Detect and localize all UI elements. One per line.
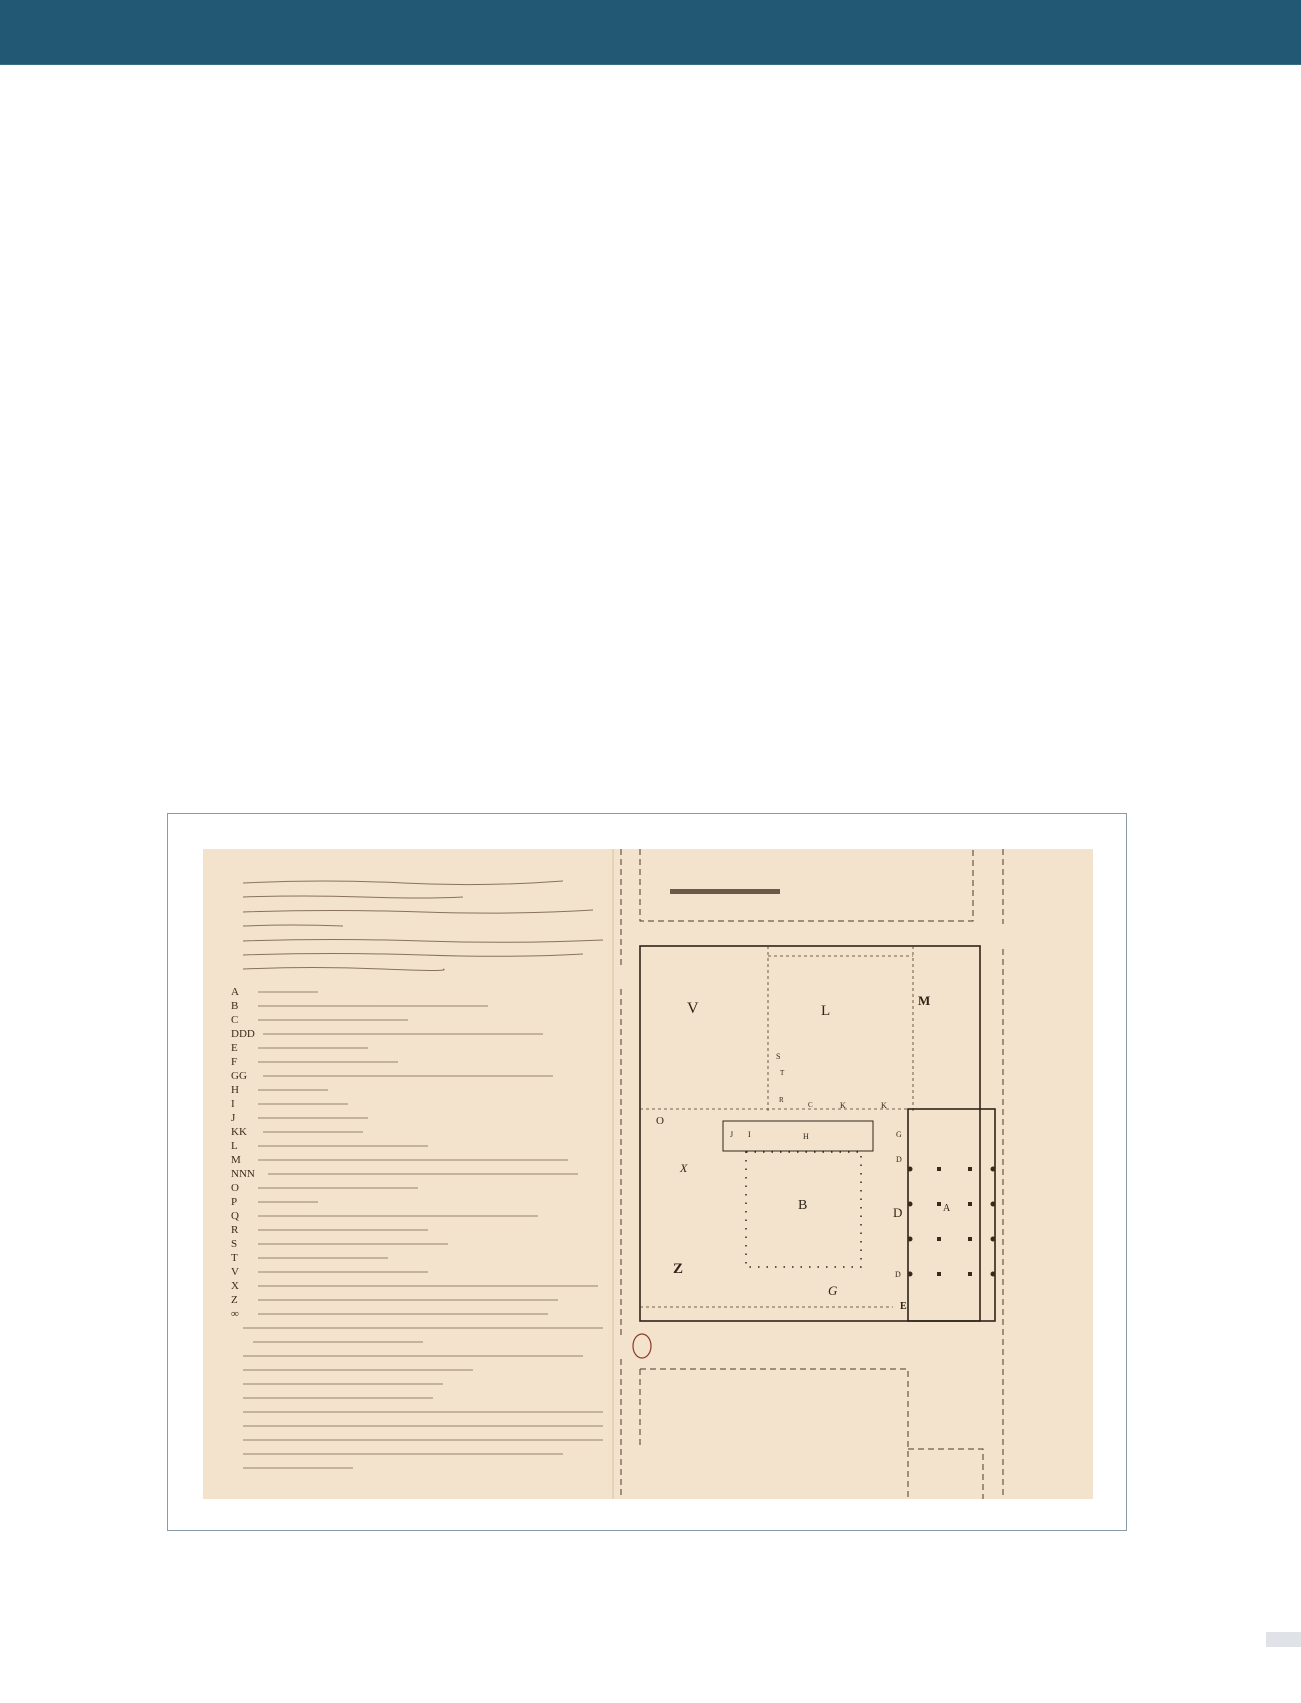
svg-text:X: X: [679, 1161, 688, 1175]
svg-text:X: X: [231, 1280, 239, 1292]
svg-text:V: V: [231, 1266, 239, 1278]
handwritten-key-lines: [243, 992, 603, 1468]
svg-text:A: A: [943, 1203, 951, 1214]
manuscript-drawing: A B C DDD E F GG H I J KK L M NNN O P Q …: [203, 849, 1093, 1499]
scale-bar: [670, 889, 780, 894]
svg-text:G: G: [828, 1283, 838, 1298]
svg-text:T: T: [780, 1069, 785, 1077]
svg-text:R: R: [231, 1224, 239, 1236]
svg-text:E: E: [231, 1042, 238, 1054]
svg-text:G: G: [896, 1130, 902, 1139]
svg-text:K: K: [881, 1101, 887, 1110]
svg-text:Z: Z: [673, 1261, 683, 1277]
svg-text:P: P: [231, 1196, 237, 1208]
svg-text:J: J: [231, 1112, 236, 1124]
svg-text:J: J: [730, 1130, 733, 1139]
blank-content-area: [0, 65, 1301, 805]
svg-text:NNN: NNN: [231, 1168, 255, 1180]
svg-text:I: I: [748, 1130, 751, 1139]
svg-text:KK: KK: [231, 1126, 247, 1138]
svg-text:Z: Z: [231, 1294, 238, 1306]
svg-text:B: B: [231, 1000, 238, 1012]
svg-text:D: D: [895, 1270, 901, 1279]
svg-text:L: L: [821, 1003, 830, 1019]
library-stamp: [633, 1334, 651, 1358]
svg-text:E: E: [900, 1301, 907, 1312]
svg-text:C: C: [808, 1101, 813, 1109]
svg-text:F: F: [231, 1056, 237, 1068]
svg-text:A: A: [231, 986, 239, 998]
svg-text:M: M: [231, 1154, 241, 1166]
svg-text:O: O: [656, 1115, 664, 1127]
manuscript-plan-image: A B C DDD E F GG H I J KK L M NNN O P Q …: [203, 849, 1093, 1499]
svg-text:D: D: [893, 1205, 902, 1220]
figure-frame: A B C DDD E F GG H I J KK L M NNN O P Q …: [167, 813, 1127, 1531]
svg-text:DDD: DDD: [231, 1028, 255, 1040]
plan-labels: V L M S T R C K K O J I H G X B D D D A: [656, 993, 951, 1312]
svg-text:O: O: [231, 1182, 239, 1194]
svg-text:K: K: [840, 1101, 846, 1110]
svg-text:H: H: [803, 1132, 809, 1141]
svg-text:∞: ∞: [231, 1308, 239, 1320]
svg-text:D: D: [896, 1155, 902, 1164]
svg-text:R: R: [779, 1096, 784, 1104]
handwritten-intro-lines: [243, 881, 603, 971]
svg-text:I: I: [231, 1098, 235, 1110]
header-bar: [0, 0, 1301, 65]
svg-text:T: T: [231, 1252, 238, 1264]
svg-text:B: B: [798, 1198, 807, 1213]
svg-text:M: M: [918, 993, 930, 1008]
svg-text:S: S: [231, 1238, 237, 1250]
svg-text:H: H: [231, 1084, 239, 1096]
svg-text:L: L: [231, 1140, 238, 1152]
key-legend: A B C DDD E F GG H I J KK L M NNN O P Q …: [231, 986, 255, 1320]
svg-text:V: V: [687, 1000, 699, 1017]
svg-text:C: C: [231, 1014, 238, 1026]
svg-text:GG: GG: [231, 1070, 247, 1082]
page-number-tab: [1266, 1632, 1301, 1647]
svg-text:S: S: [776, 1052, 780, 1061]
svg-text:Q: Q: [231, 1210, 239, 1222]
